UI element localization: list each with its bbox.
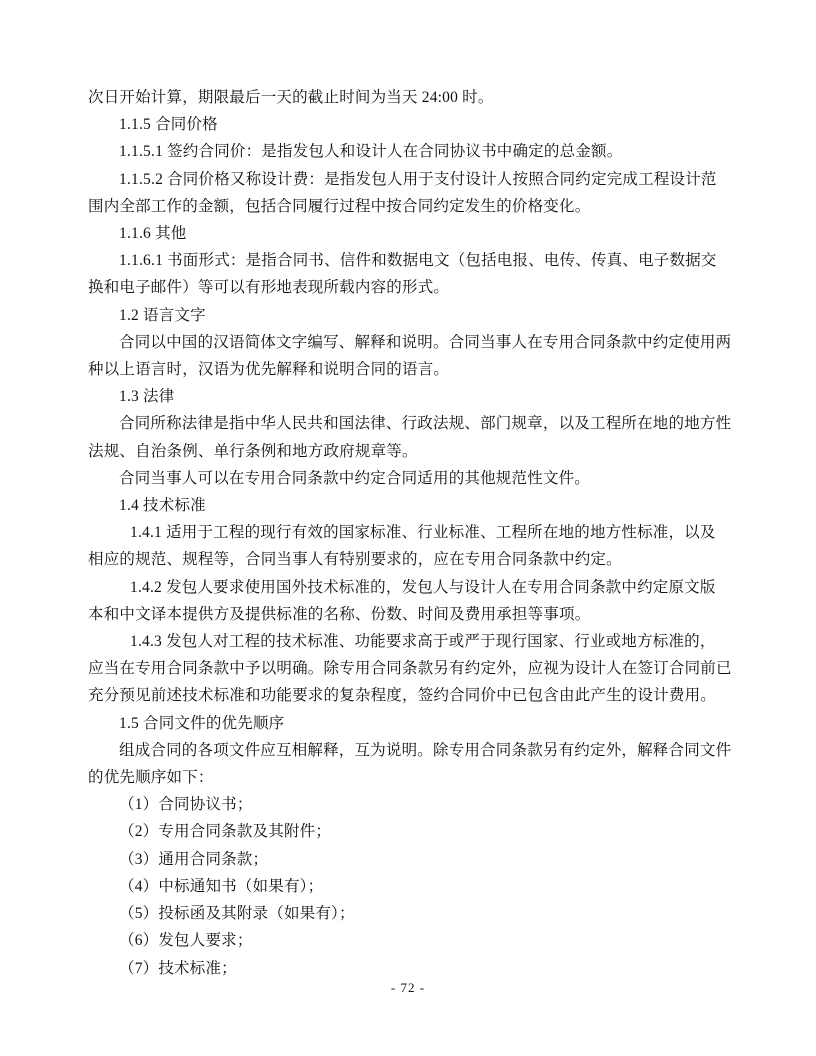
text-line: 1.1.5.2 合同价格又称设计费：是指发包人用于支付设计人按照合同约定完成工程… (88, 166, 750, 193)
text-line: 1.4 技术标准 (88, 492, 750, 519)
text-line: 法规、自治条例、单行条例和地方政府规章等。 (88, 438, 750, 465)
text-line: （6）发包人要求； (88, 927, 750, 954)
text-line: 1.1.5.1 签约合同价：是指发包人和设计人在合同协议书中确定的总金额。 (88, 138, 750, 165)
text-line: 1.1.5 合同价格 (88, 111, 750, 138)
text-line: 合同当事人可以在专用合同条款中约定合同适用的其他规范性文件。 (88, 465, 750, 492)
text-line: 相应的规范、规程等，合同当事人有特别要求的，应在专用合同条款中约定。 (88, 546, 750, 573)
text-line: （7）技术标准； (88, 955, 750, 982)
text-line: 合同以中国的汉语简体文字编写、解释和说明。合同当事人在专用合同条款中约定使用两 (88, 329, 750, 356)
text-line: 应当在专用合同条款中予以明确。除专用合同条款另有约定外，应视为设计人在签订合同前… (88, 655, 750, 682)
text-line: 1.1.6 其他 (88, 220, 750, 247)
text-line: 1.2 语言文字 (88, 302, 750, 329)
text-line: 充分预见前述技术标准和功能要求的复杂程度，签约合同价中已包含由此产生的设计费用。 (88, 682, 750, 709)
text-line: 次日开始计算，期限最后一天的截止时间为当天 24:00 时。 (88, 84, 750, 111)
text-line: 的优先顺序如下： (88, 764, 750, 791)
text-line: （3）通用合同条款； (88, 846, 750, 873)
text-line: 组成合同的各项文件应互相解释，互为说明。除专用合同条款另有约定外，解释合同文件 (88, 737, 750, 764)
text-line: 围内全部工作的金额，包括合同履行过程中按合同约定发生的价格变化。 (88, 193, 750, 220)
text-line: 本和中文译本提供方及提供标准的名称、份数、时间及费用承担等事项。 (88, 601, 750, 628)
text-line: 1.3 法律 (88, 383, 750, 410)
text-line: 1.4.2 发包人要求使用国外技术标准的，发包人与设计人在专用合同条款中约定原文… (88, 574, 750, 601)
text-line: 种以上语言时，汉语为优先解释和说明合同的语言。 (88, 356, 750, 383)
text-line: （5）投标函及其附录（如果有）； (88, 900, 750, 927)
text-line: 换和电子邮件）等可以有形地表现所载内容的形式。 (88, 274, 750, 301)
text-line: （1）合同协议书； (88, 791, 750, 818)
text-line: 1.4.3 发包人对工程的技术标准、功能要求高于或严于现行国家、行业或地方标准的… (88, 628, 750, 655)
text-line: 合同所称法律是指中华人民共和国法律、行政法规、部门规章，以及工程所在地的地方性 (88, 410, 750, 437)
text-line: （4）中标通知书（如果有）； (88, 873, 750, 900)
page-number: - 72 - (0, 980, 816, 996)
text-line: 1.4.1 适用于工程的现行有效的国家标准、行业标准、工程所在地的地方性标准，以… (88, 519, 750, 546)
text-line: 1.1.6.1 书面形式：是指合同书、信件和数据电文（包括电报、电传、传真、电子… (88, 247, 750, 274)
document-body: 次日开始计算，期限最后一天的截止时间为当天 24:00 时。1.1.5 合同价格… (88, 84, 750, 982)
text-line: （2）专用合同条款及其附件； (88, 818, 750, 845)
document-page: 次日开始计算，期限最后一天的截止时间为当天 24:00 时。1.1.5 合同价格… (0, 0, 816, 1056)
text-line: 1.5 合同文件的优先顺序 (88, 710, 750, 737)
